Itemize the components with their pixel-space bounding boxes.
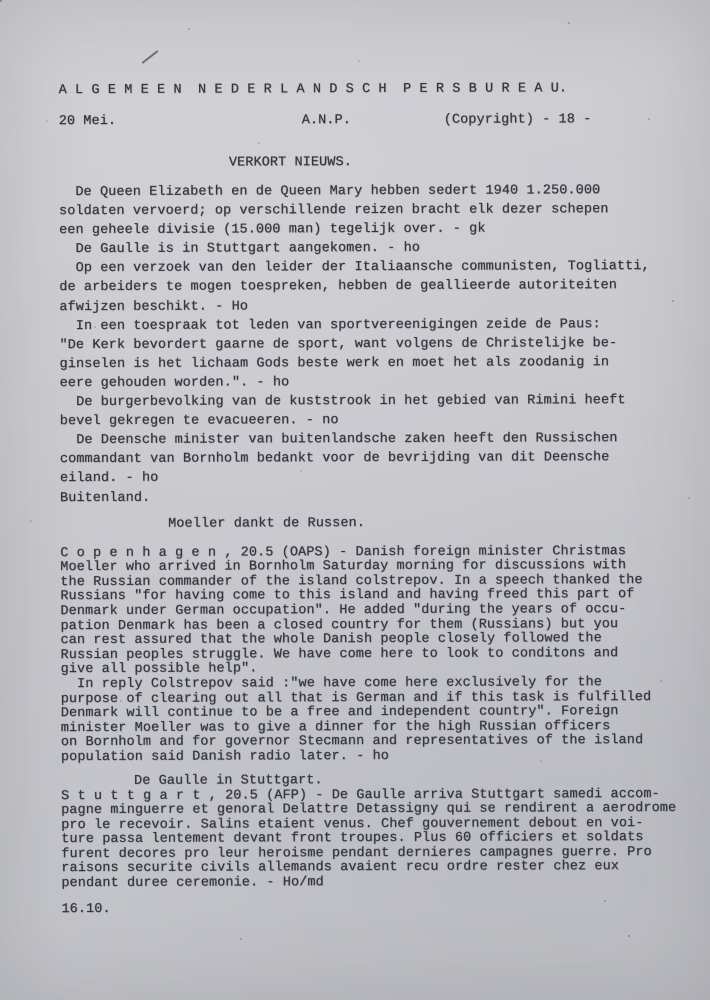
issue-date: 20 Mei. xyxy=(59,114,116,129)
news-item-paus-sport: In een toespraak tot leden van sportvere… xyxy=(59,315,684,394)
paper-specks xyxy=(0,0,2,2)
news-item-bornholm-thanks: De Deensche minister van buitenlandsche … xyxy=(60,429,685,488)
news-item-queen-ships: De Queen Elizabeth en de Queen Mary hebb… xyxy=(59,181,684,240)
closing-time: 16.10. xyxy=(61,898,686,919)
copyright-page-number: (Copyright) - 18 - xyxy=(444,112,592,128)
article-body-moeller: C o p e n h a g e n , 20.5 (OAPS) - Dani… xyxy=(60,545,686,766)
pen-mark xyxy=(142,50,159,64)
article-heading-degaulle: De Gaulle in Stuttgart. xyxy=(61,771,686,788)
news-item-rimini: De burgerbevolking van de kuststrook in … xyxy=(60,391,685,431)
document-page: A L G E M E E N N E D E R L A N D S C H … xyxy=(0,0,710,1000)
article-body-degaulle: S t u t t g a r t , 20.5 (AFP) - De Gaul… xyxy=(61,787,686,891)
dateline-row: 20 Mei. A.N.P. (Copyright) - 18 - xyxy=(59,112,684,134)
bureau-header: A L G E M E E N N E D E R L A N D S C H … xyxy=(59,79,684,101)
agency-abbreviation: A.N.P. xyxy=(302,113,351,128)
bulletin-title: VERKORT NIEUWS. xyxy=(59,152,684,174)
typewritten-content: A L G E M E E N N E D E R L A N D S C H … xyxy=(59,79,687,919)
article-heading-moeller: Moeller dankt de Russen. xyxy=(60,515,685,532)
news-item-togliatti: Op een verzoek van den leider der Italia… xyxy=(59,257,684,316)
news-item-degaulle-arrival: De Gaulle is in Stuttgart aangekomen. - … xyxy=(59,238,684,259)
section-label-buitenland: Buitenland. xyxy=(60,486,685,507)
